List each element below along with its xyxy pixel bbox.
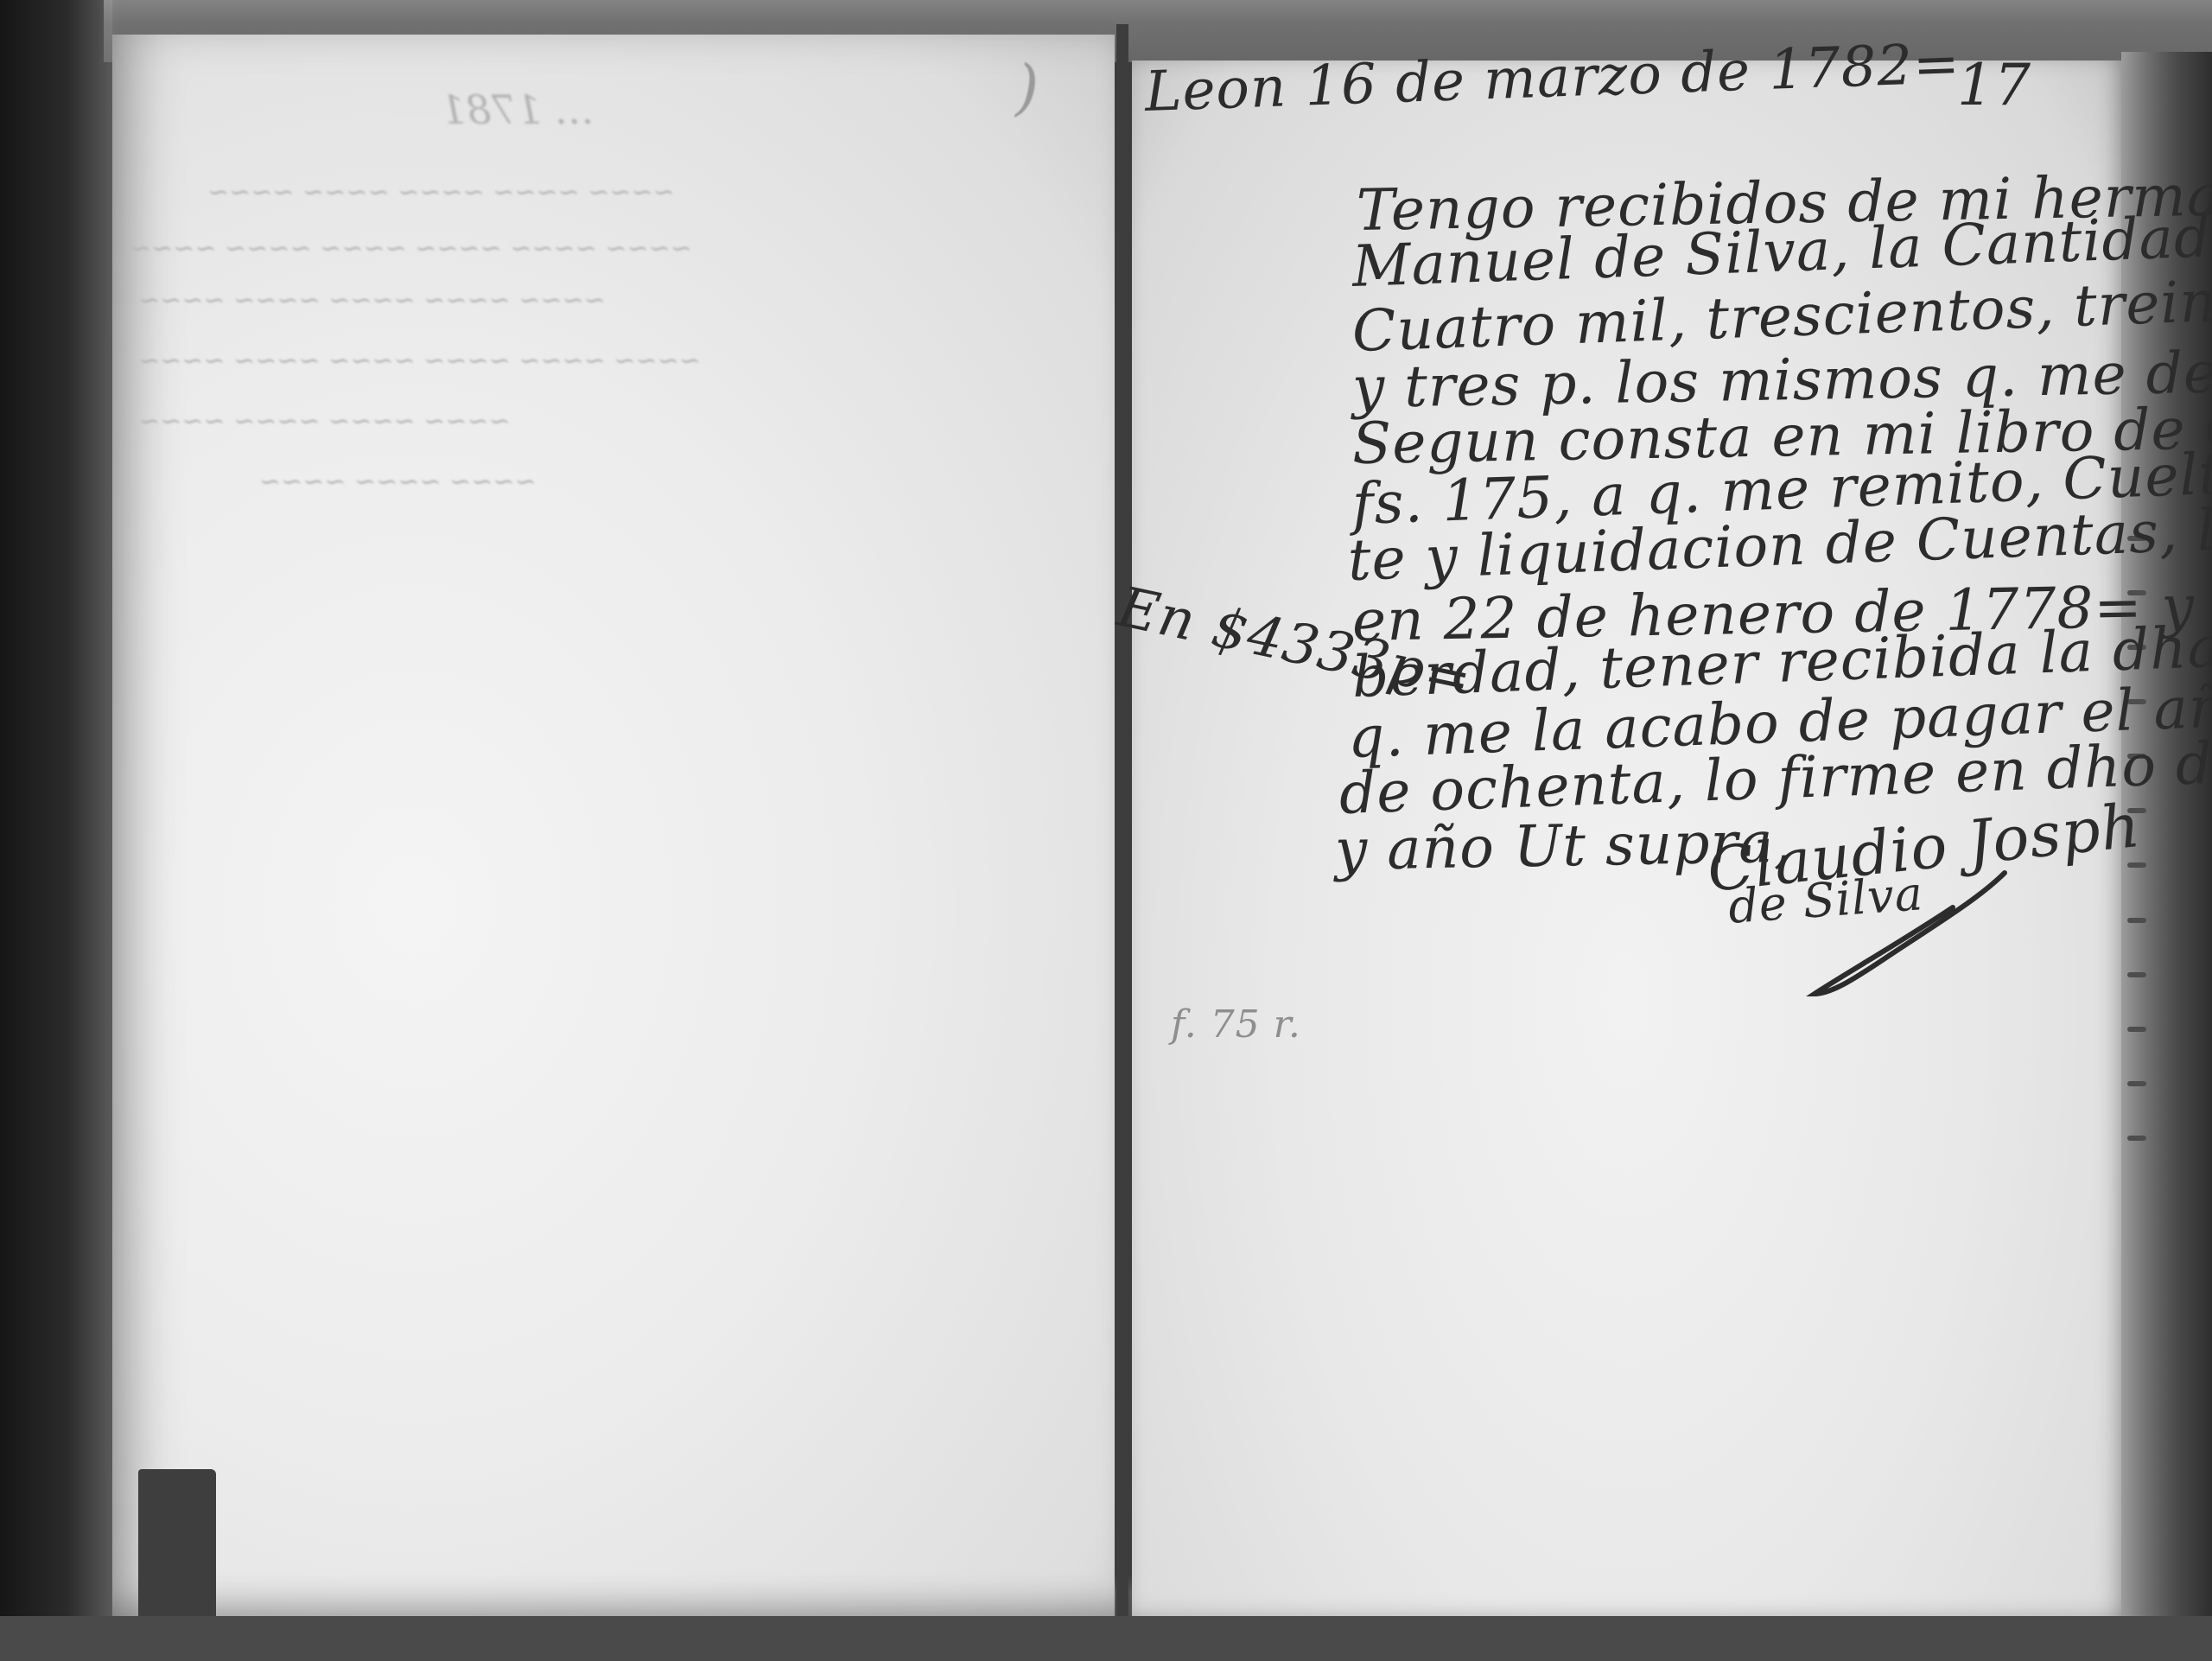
folio-number: 17 [1957, 52, 2031, 118]
binding-gutter [1116, 24, 1128, 1632]
bottom-page-edge [0, 1616, 2212, 1661]
bleed-through-line: ~~~~ ~~~~ ~~~~ ~~~~ ~~~~ ~~~~ [138, 346, 701, 376]
signature-flourish-icon [1806, 864, 2031, 1002]
left-page [112, 35, 1115, 1616]
bleed-through-mark: ) [1015, 52, 1039, 123]
bleed-through-heading: … 1781 [441, 86, 594, 133]
bleed-through-line: ~~~~ ~~~~ ~~~~ ~~~~ ~~~~ [207, 177, 675, 207]
bleed-through-line: ~~~~ ~~~~ ~~~~ [259, 467, 537, 497]
bleed-through-line: ~~~~ ~~~~ ~~~~ ~~~~ ~~~~ [138, 285, 606, 315]
book-cover-left-edge [0, 0, 112, 1661]
faint-folio-note: f. 75 r. [1171, 1002, 1301, 1047]
bleed-through-line: ~~~~ ~~~~ ~~~~ ~~~~ [138, 406, 511, 436]
binding-clip [138, 1469, 216, 1633]
bleed-through-line: ~~~~ ~~~~ ~~~~ ~~~~ ~~~~ ~~~~ [130, 233, 692, 264]
